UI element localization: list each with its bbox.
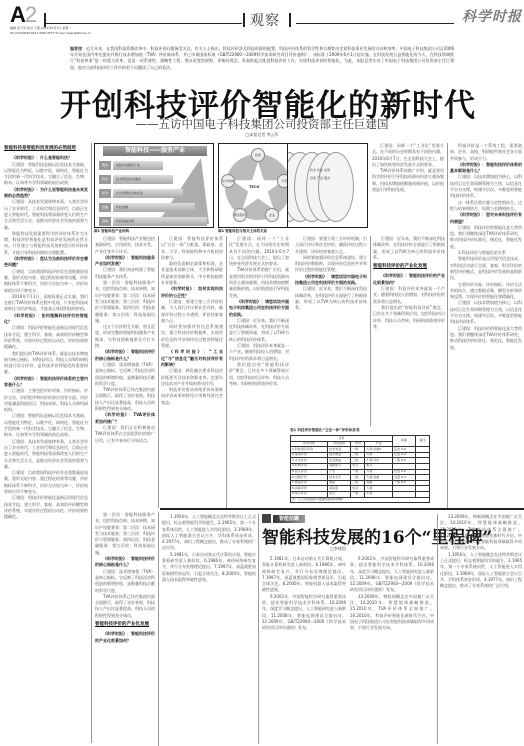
column-divider	[226, 236, 227, 508]
article-column-5: 科技评价是一个系统工程，需要政府、企业、高校、科研院所和社会各方面共同参与，形成…	[450, 143, 522, 508]
question: 《科学时报》：请您谈谈中国电子科技集团公司在科技评价方面的实践。	[295, 274, 367, 287]
diagram-node: 企业	[265, 208, 279, 222]
newspaper-masthead: 科学时报	[462, 6, 522, 26]
editor-meta: 编辑 张天华 校对 王明 2010年6月7日 星期一	[10, 26, 71, 30]
question: 《科学时报》：智能科技服务产业如何发展？	[95, 255, 155, 268]
paragraph: 同时要加强评价信息系统建设，建立科技评价数据库，实现评价信息的共享和评价过程的智…	[295, 255, 367, 274]
paragraph: 我们提出的“智能科技评价”理念，已经在多个领域得到应用，包括科技项目评审、科技人…	[373, 305, 445, 330]
pyramid-row: 科技技术研发/技术服务	[99, 173, 209, 186]
answer: 巨建国：同样一个“工业化”发展方式，在不同的历史时期具有不同的内涵。2010年6…	[372, 143, 444, 168]
paragraph: 2010年7月1日，国家标准正式实施。我们在推行TVA评价体系过程中发现，只有把…	[4, 294, 88, 313]
table-title: 表1 科技评价智能化“五位一体”评价体系表	[290, 428, 430, 433]
article-column-3: 巨建国：智能科技评价体系以“五位一体”为框架，即政府、企业、大学、科研院所和中介…	[161, 236, 223, 508]
article-column-mid: 巨建国：要建立第三方评价机制，引入同行评议和社会评价，确保评价过程公开透明、评价…	[295, 236, 367, 426]
paragraph: TVA评价体系的推广应用，就是要用科学的评价引导科技资源向经济主战场集聚。用技术…	[229, 267, 289, 298]
section-name: 观察	[250, 10, 280, 30]
question: 《科学时报》：TVA评价体系如何推广？	[95, 412, 155, 425]
column-subheading: 智能科技评价的产业化发展	[95, 622, 155, 628]
header-divider	[243, 13, 245, 27]
diagram-node: 大学	[277, 174, 288, 188]
figure-star-diagram: TECH 政府 大学 企业 研究院所 中介机构	[218, 143, 288, 228]
column-divider	[447, 143, 448, 508]
paragraph: 智能科技发展需要科学的评价体系作为支撑，科技评价智能化是科技评价发展的必然方向。…	[4, 231, 88, 256]
page-header: A2 编辑 张天华 校对 王明 2010年6月7日 星期一 Tel:(010)8…	[0, 0, 524, 34]
question: 《科学时报》：智能科技评价体系的基本框架是什么？	[450, 162, 522, 175]
article-column-4b: 巨建国：近年来，我们不断深化科技体制改革，在科技评价方面进行了积极探索，形成了以…	[373, 236, 445, 426]
contact-meta: Tel:(010)82614611 82614577 E-mail:news@s…	[10, 31, 91, 35]
question: 《科学时报》：“工业化”与“信息化”融合对科技评价有何影响？	[161, 349, 223, 368]
column-divider	[91, 143, 92, 743]
answer: 巨建国：同样一个“工业化”发展方式，在不同的历史时期具有不同的内涵。2010年6…	[229, 236, 289, 267]
section-tag: 智能前瞻	[262, 514, 305, 523]
milestones-column-d: 13.2009年，物联网概念在中国被广泛关注。14.2010年，智慧地球战略推进…	[440, 514, 522, 744]
pyramid-row: 服务智能科技服务产业	[99, 159, 209, 172]
figure-disk-stack: 技术 技能 成果 价值 产品 服务	[288, 143, 368, 228]
editor-note: 编者按：近几年来，在我国科技管理改革中，科技评价问题备受关注。有关人士指出，科技…	[70, 46, 454, 71]
paragraph: 5.1981年，日本启动第五代计算机计划，智能计算机研究进入新阶段。6.1986…	[262, 556, 346, 594]
article-column-2b: 第一层次：智能科技服务产业，包括科技咨询、技术转移、知识产权服务等；第二层次：技…	[95, 512, 155, 746]
figure-title: 智能科技——服务产业	[103, 146, 207, 156]
question: 《科学时报》：为什么说智能科技是未来发展的必然趋势？	[4, 187, 88, 200]
disk-shape	[318, 152, 354, 222]
answer: 巨建国：技术增加值（TVA）是核心指标。它反映了科技活动所创造的新增价值，是衡量…	[95, 569, 155, 594]
pyramid-row: 基础科技基础设施	[99, 215, 209, 228]
column-divider	[258, 514, 259, 744]
article-column-1: 智能科技是智能科技发展的必然趋势 《科学时报》：什么是智能科技？ 巨建国：智能科…	[4, 143, 88, 743]
question: 《科学时报》：请您谈谈中国电子科技集团公司在科技评价方面的实践。	[229, 299, 289, 318]
paragraph: 巨建国：目前我国科技评价存在重数量轻质量、重形式轻内容、重过程轻结果等问题，评价…	[4, 470, 88, 495]
answer: 巨建国：我们正在积极推动TVA评价体系在全国范围内的推广应用，已有多家单位开始试…	[95, 425, 155, 444]
question: 《科学时报》：您认为当前科技评价存在哪些问题？	[4, 256, 88, 269]
page-number: A2	[10, 2, 36, 28]
evaluation-table: 表1 科技评价智能化“五位一体”评价体系表 评价 权重 备注 评价对象 评价指标…	[290, 428, 430, 503]
paragraph: TVA评价体系已经在集团内部全面推行，取得了良好效果，科技投入产出比显著提高，科…	[95, 594, 155, 619]
question: 《科学时报》：您对未来科技评价有何展望？	[450, 212, 522, 225]
answer: 巨建国：科技评价的智能化是大势所趋。我们将继续深化TVA评价体系研究，推动科技评…	[450, 225, 522, 250]
article-column-4-top: 巨建国：同样一个“工业化”发展方式，在不同的历史时期具有不同的内涵。2010年6…	[372, 143, 444, 231]
editor-note-text: 近几年来，在我国科技管理改革中，科技评价问题备受关注。有关人士指出，科技评价涉及…	[70, 46, 454, 70]
paragraph: 它将评价对象、评价指标、评价方法有机结合，通过数据采集、模型分析和结果反馈，实现…	[450, 282, 522, 301]
paragraph: 13.2009年，物联网概念在中国被广泛关注。14.2010年，智慧地球战略推进…	[440, 514, 522, 552]
answer: 巨建国：我们初步构建了智能科技服务产业体系。	[95, 267, 155, 280]
paragraph: 巨建国：科技评价智能化是指运用现代信息技术手段，建立科学、客观、高效的评价模型和…	[4, 495, 88, 520]
paragraph: 第一层次：智能科技服务产业，包括科技咨询、技术转移、知识产权服务等；第二层次：技…	[95, 280, 155, 324]
answer: 巨建国：目前我国科技评价存在重数量轻质量、重形式轻内容、重过程轻结果等问题，评价…	[4, 269, 88, 294]
pyramid-row: 金融科技金融	[99, 201, 209, 214]
header-rule	[46, 23, 242, 24]
paragraph: 巨建国：智能科技是指以信息技术为基础，以智能化为特征，以数字化、网络化、智能化为…	[4, 413, 88, 438]
pyramid-row: 评价评价/管理/咨询/培训	[99, 187, 209, 200]
question: 《科学时报》：智能科技评价的产业化前景如何？	[95, 631, 155, 644]
paragraph: 巨建国：从技术发展规律来看，人类社会经历了农业时代、工业时代和信息时代，目前正在…	[4, 439, 88, 470]
column-divider	[158, 512, 159, 746]
editor-note-label: 编者按：	[70, 46, 86, 51]
answer: 巨建国：技术增加值（TVA）是核心指标。它反映了科技活动所创造的新增价值，是衡量…	[95, 362, 155, 387]
paragraph: 巨建国：近年来，我们不断深化科技体制改革，在科技评价方面进行了积极探索，形成了以…	[373, 236, 445, 261]
figure-industry-pyramid: 智能科技——服务产业 服务智能科技服务产业 科技技术研发/技术服务 评价评价/管…	[94, 143, 214, 228]
section-rule	[160, 508, 524, 510]
paragraph: 智能科技评价是运用现代信息技术，对科技活动进行全面、客观、科学评价的新型评价模式…	[450, 256, 522, 281]
answer: 巨建国：科技评价智能化是指运用现代信息技术手段，建立科学、客观、高效的评价模型和…	[4, 325, 88, 350]
paragraph: 巨建国：科技评价本身就是一个产业。随着科技投入的增加，对科技评价的需求将日益增长…	[229, 343, 289, 362]
answer: 巨建国：要建立第三方评价机制，引入同行评议和社会评价，确保评价过程公开透明、评价…	[161, 299, 223, 324]
column-divider	[437, 514, 438, 744]
paragraph: 巨建国：以技术增加值为核心，以科技项目全生命周期管理为主线，以信息化平台为支撑，…	[450, 300, 522, 325]
table-footer-row: 注：以上各项指标可根据实际情况调整	[291, 497, 430, 503]
paragraph: 这五个层次相互关联、相互促进，形成完整的智能科技服务产业链条，为科技创新提供全方…	[95, 324, 155, 349]
paragraph: TVA评价体系的推广应用，就是要用科学的评价引导科技资源向经济主战场集聚。用技术…	[372, 168, 444, 193]
answer: 巨建国：科技评价本身就是一个产业。随着科技投入的增加，对科技评价的需求将日益增长…	[373, 286, 445, 305]
column-subheading: 智能科技评价的产业化发展	[373, 264, 445, 270]
question: 《科学时报》：智能科技评价的核心指标是什么？	[95, 349, 155, 362]
question: 《科学时报》：智能科技评价的产业化前景如何？	[373, 273, 445, 286]
article-column-2: 巨建国：智能科技产业链包括基础研究、应用研究、技术开发、产业化等多个环节。 《科…	[95, 236, 155, 508]
paragraph: 巨建国：要建立第三方评价机制，引入同行评议和社会评价，确保评价过程公开透明、评价…	[295, 236, 367, 255]
diagram-node: 研究院所	[233, 208, 247, 222]
answer: 巨建国：智能科技产业链包括基础研究、应用研究、技术开发、产业化等多个环节。	[95, 236, 155, 255]
paragraph: 政府负责制定政策和标准，企业是技术创新主体，大学和科研院所是知识创新源头，中介机…	[161, 261, 223, 286]
figure-caption: 图1 智能科技产业结构	[94, 229, 129, 234]
paragraph: 5.1981年，日本启动第五代计算机计划，智能计算机研究进入新阶段。6.1986…	[162, 552, 256, 583]
paragraph: 科技评价要从单纯评价成果转向评价成果的转化应用和经济社会效益。	[161, 387, 223, 406]
paragraph: 这一体系注重定量与定性相结合，过程与结果相结合，短期与长期相结合。	[450, 200, 522, 213]
paragraph: 我们提出的“智能科技评价”理念，已经在多个领域得到应用，包括科技项目评审、科技人…	[229, 362, 289, 387]
paragraph: 第一层次：智能科技服务产业，包括科技咨询、技术转移、知识产权服务等；第二层次：技…	[95, 512, 155, 556]
column-divider	[158, 236, 159, 508]
paragraph: 我们提出的TVA评价体系，就是以技术增加值为核心指标，对科技项目、科技人员和科研…	[4, 351, 88, 376]
question: 《科学时报》：智能科技评价的核心指标是什么？	[95, 556, 155, 569]
milestones-column-b: 5.1981年，日本启动第五代计算机计划，智能计算机研究进入新阶段。6.1986…	[262, 556, 346, 744]
paragraph: 巨建国：科技评价的智能化是大势所趋。我们将继续深化TVA评价体系研究，推动科技评…	[450, 326, 522, 351]
answer: 巨建国：以技术增加值为核心，以科技项目全生命周期管理为主线，以信息化平台为支撑，…	[450, 174, 522, 199]
answer: 巨建国：近年来，我们不断深化科技体制改革，在科技评价方面进行了积极探索，形成了以…	[229, 318, 289, 343]
paragraph: 1.1956年，人工智能概念在达特茅斯会议上正式提出，标志着智能科学的诞生。2.…	[162, 514, 256, 552]
article-byline: □本报记者 李云军	[60, 132, 464, 138]
milestones-column-c: 9.2002年，中国智能科学研究取得重要成果，提出智能科学技术学科体系。10.2…	[350, 556, 434, 744]
milestones-column-a: 1.1956年，人工智能概念在达特茅斯会议上正式提出，标志着智能科学的诞生。2.…	[162, 514, 256, 744]
figure-caption: 图2 智能科技与相关主体的关系	[218, 229, 267, 234]
section-tag-label: 智能前瞻	[273, 515, 305, 523]
paragraph: 9.2002年，中国智能科学研究取得重要成果，提出智能科学技术学科体系。10.2…	[262, 594, 346, 632]
paragraph: 同时要加强评价信息系统建设，建立科技评价数据库，实现评价信息的共享和评价过程的智…	[161, 324, 223, 349]
paragraph: 科技评价是一个系统工程，需要政府、企业、高校、科研院所和社会各方面共同参与，形成…	[450, 143, 522, 162]
disk-labels: 技术 技能 成果 价值 产品 服务	[310, 166, 350, 182]
answer: 巨建国：近年来，我们不断深化科技体制改革，在科技评价方面进行了积极探索，形成了以…	[295, 286, 367, 311]
article-column-4: 巨建国：同样一个“工业化”发展方式，在不同的历史时期具有不同的内涵。2010年6…	[229, 236, 289, 426]
paragraph: 9.2002年，中国智能科学研究取得重要成果，提出智能科学技术学科体系。10.2…	[350, 556, 434, 594]
column-divider	[370, 236, 371, 426]
pen-icon	[262, 514, 271, 523]
answer: 巨建国：从技术发展规律来看，人类社会经历了农业时代、工业时代和信息时代，目前正在…	[4, 199, 88, 230]
header-divider	[44, 13, 46, 27]
answer: 巨建国：智能科技是指以信息技术为基础，以智能化为特征，以数字化、网络化、智能化为…	[4, 162, 88, 187]
question: 《科学时报》：如何理解科技评价的智能化？	[4, 313, 88, 326]
milestones-byline: □李建国	[330, 546, 346, 552]
answer: 巨建国：两化融合要求科技评价既要关注技术创新本身，也要关注技术对产业升级的带动作…	[161, 368, 223, 387]
star-center-label: TECH	[249, 185, 259, 189]
article-subheadline: ——五访中国电子科技集团公司投资部主任巨建国	[60, 116, 464, 132]
answer: 巨建国：智能科技评价体系以“五位一体”为框架，即政府、企业、大学、科研院所和中介…	[161, 236, 223, 261]
column-subheading: 智能科技是智能科技发展的必然趋势	[4, 146, 88, 152]
answer: 巨建国：主要包括评价对象、评价指标、评价方法、评价程序和评价结果应用等方面。评价…	[4, 388, 88, 413]
question: 《科学时报》：智能科技评价体系的主要内容是什么？	[4, 376, 88, 389]
diagram-node: 政府	[251, 148, 265, 162]
paragraph: TVA评价体系已经在集团内部全面推行，取得了良好效果，科技投入产出比显著提高，科…	[95, 387, 155, 412]
header-rule	[296, 23, 454, 24]
paragraph: 13.2009年，物联网概念在中国被广泛关注。14.2010年，智慧地球战略推进…	[350, 594, 434, 632]
diagram-node: 中介机构	[221, 174, 235, 188]
question: 《科学时报》：如何实现科技评价的公正性？	[161, 286, 223, 299]
header-divider	[289, 13, 291, 27]
paragraph: 1.1956年，人工智能概念在达特茅斯会议上正式提出，标志着智能科学的诞生。2.…	[440, 552, 522, 590]
